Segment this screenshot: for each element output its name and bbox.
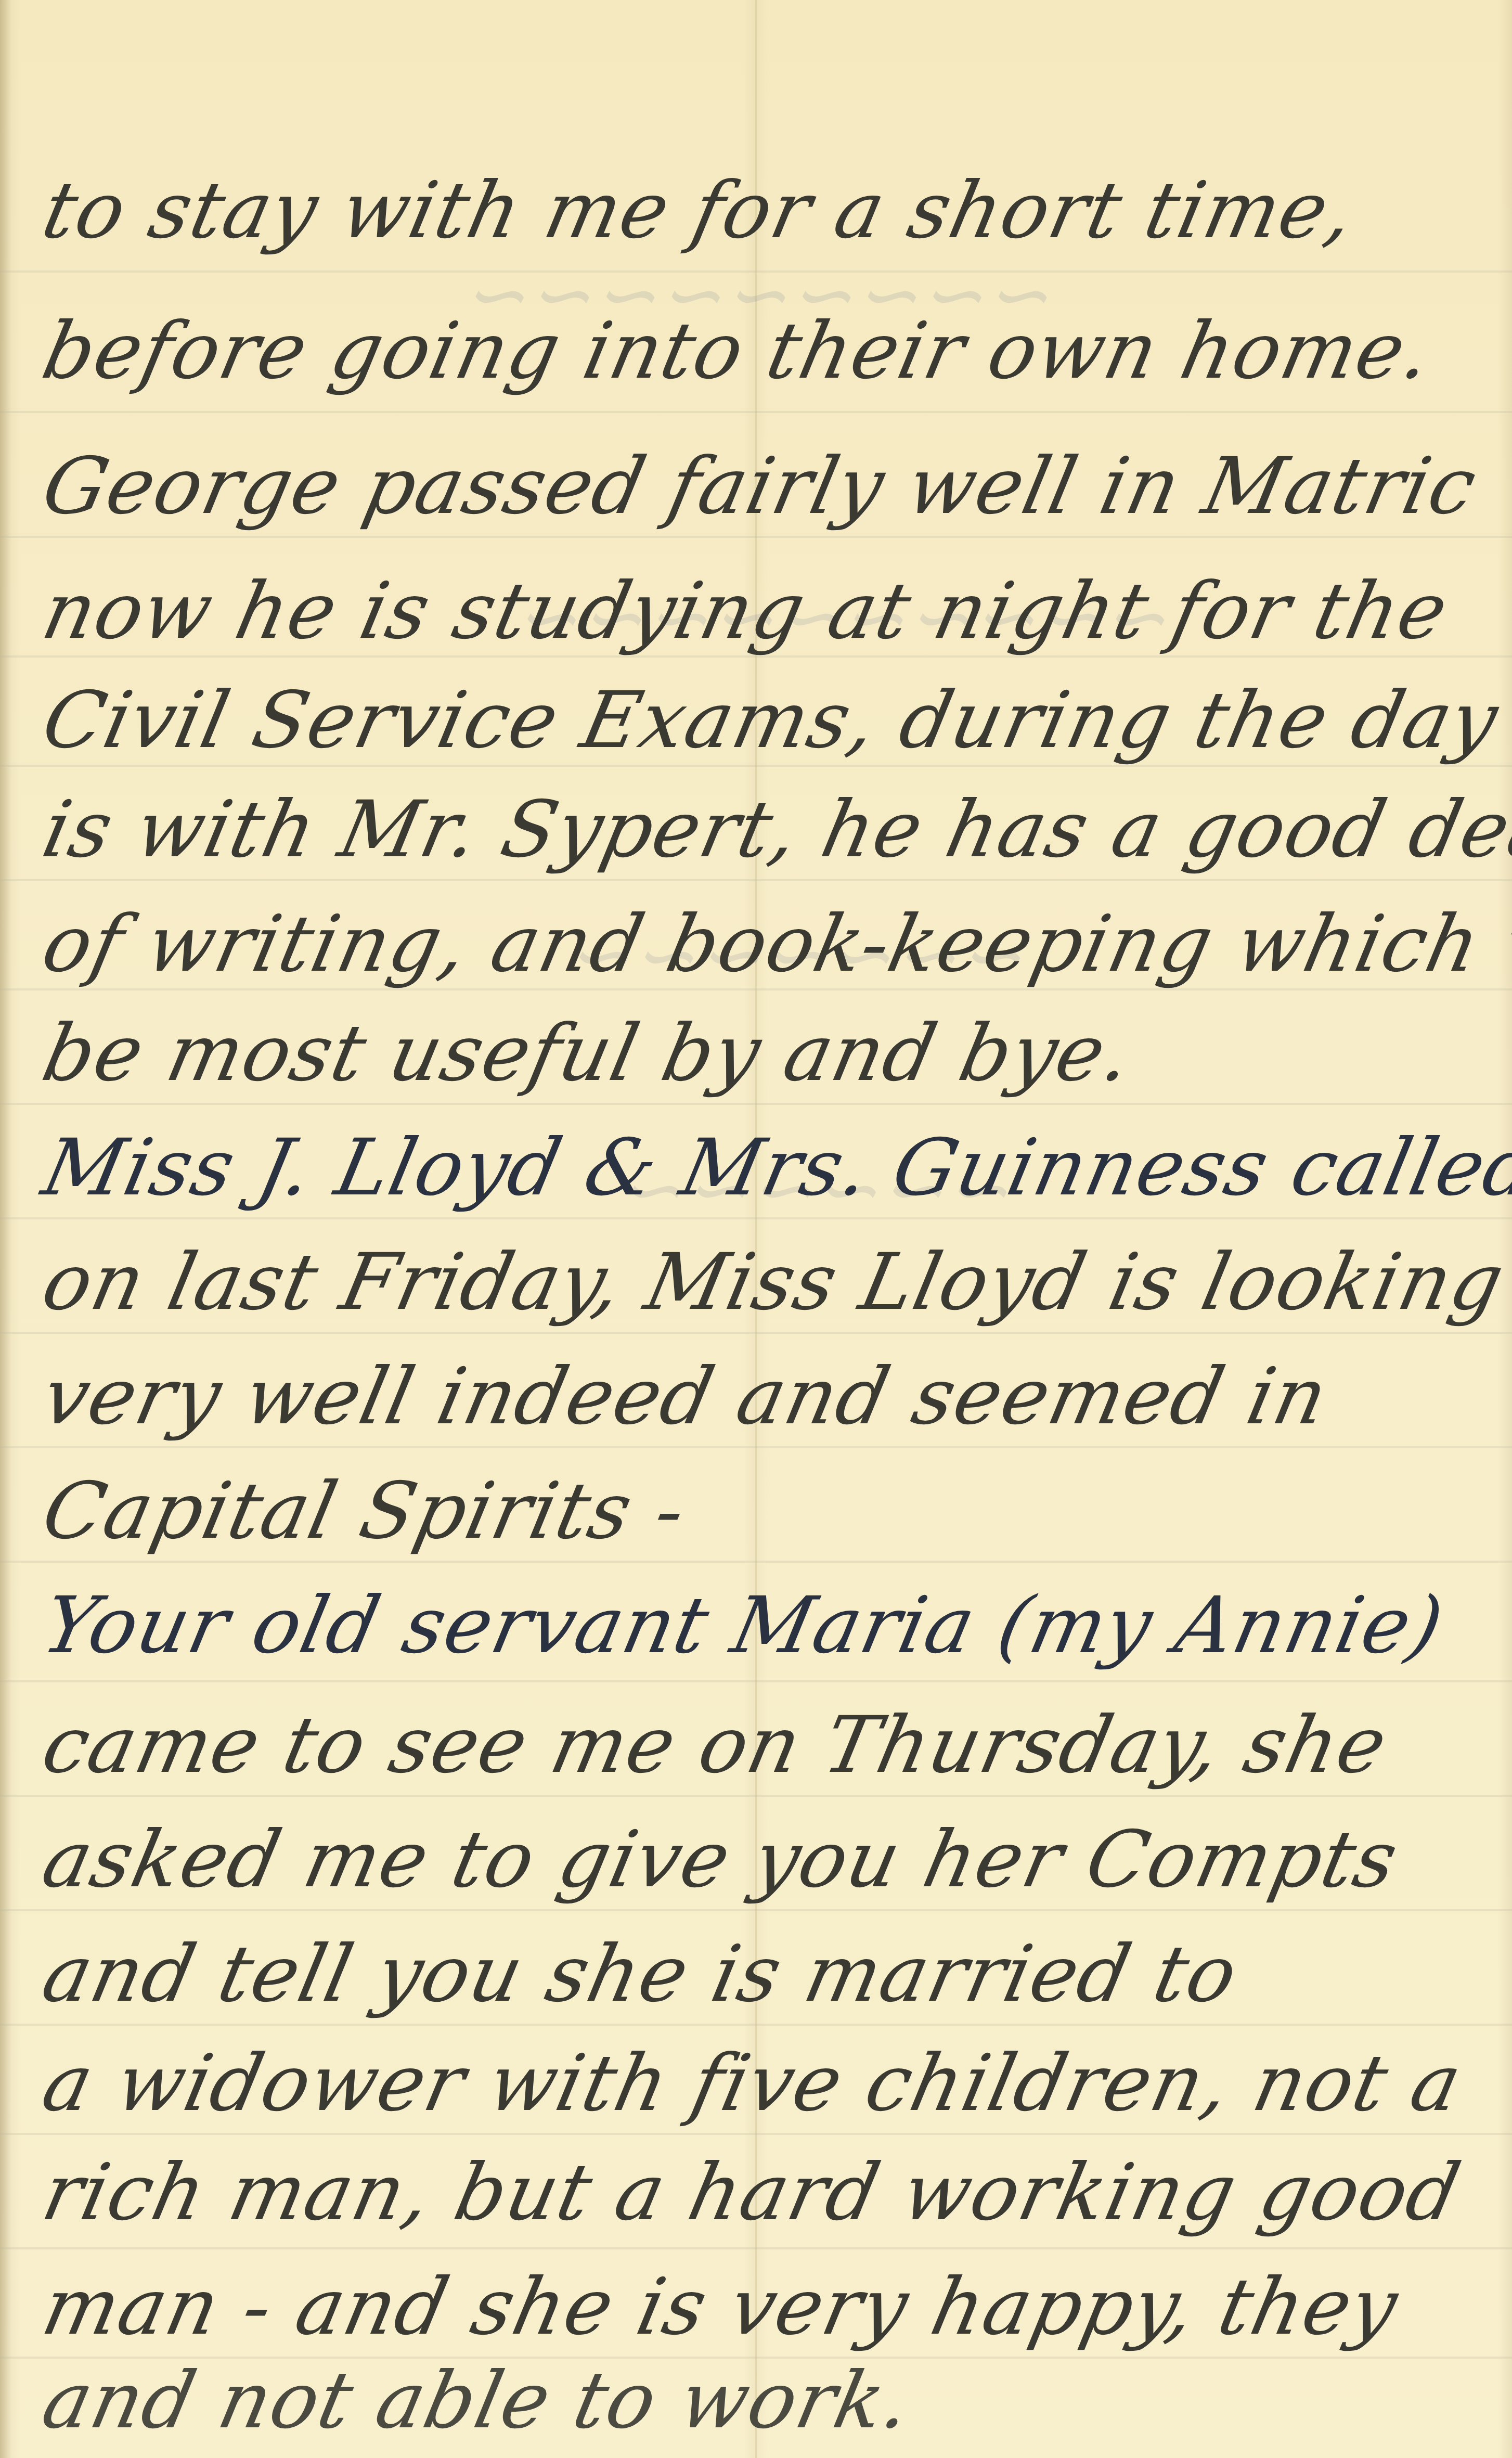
ruled-line <box>0 1680 1512 1682</box>
paper-edge <box>0 0 11 2458</box>
ruled-line <box>0 1909 1512 1911</box>
ruled-line <box>0 1446 1512 1448</box>
handwritten-line: and tell you she is married to <box>36 1935 1244 2013</box>
handwritten-line: a widower with five children, not a <box>36 2044 1468 2122</box>
handwritten-line: Miss J. Lloyd & Mrs. Guinness called <box>36 1129 1512 1207</box>
handwritten-line: George passed fairly well in Matric <box>36 447 1483 525</box>
ruled-line <box>0 536 1512 538</box>
handwritten-line: be most useful by and bye. <box>36 1014 1139 1092</box>
handwritten-line: rich man, but a hard working good <box>36 2154 1467 2232</box>
ruled-line <box>0 2133 1512 2135</box>
ruled-line <box>0 271 1512 273</box>
ruled-line <box>0 879 1512 881</box>
handwritten-line: Civil Service Exams, during the day he <box>36 681 1512 760</box>
handwritten-line: asked me to give you her Compts <box>36 1821 1404 1899</box>
letter-page: ~~~~~~~~~ ~~~~~~~~~~ ~~~~~~~ ~~~~~~ to s… <box>0 0 1512 2458</box>
handwritten-line: very well indeed and seemed in <box>36 1358 1335 1436</box>
handwritten-line: man - and she is very happy, they <box>36 2268 1405 2346</box>
handwritten-line: of writing, and book-keeping which will <box>36 905 1512 983</box>
handwritten-line: Your old servant Maria (my Annie) <box>36 1587 1450 1665</box>
handwritten-line: to stay with me for a short time, <box>36 172 1362 250</box>
ruled-line <box>0 1103 1512 1105</box>
handwritten-line: before going into their own home. <box>36 312 1439 390</box>
handwritten-line: and not able to work. <box>36 2362 919 2440</box>
ruled-line <box>0 1217 1512 1219</box>
ruled-line <box>0 2024 1512 2026</box>
ruled-line <box>0 1795 1512 1797</box>
handwritten-line: came to see me on Thursday, she <box>36 1706 1394 1784</box>
ruled-line <box>0 1332 1512 1334</box>
ruled-line <box>0 1561 1512 1563</box>
ruled-line <box>0 411 1512 413</box>
handwritten-line: now he is studying at night for the <box>36 572 1455 650</box>
handwritten-line: Capital Spirits - <box>36 1472 692 1550</box>
handwritten-line: is with Mr. Sypert, he has a good deal <box>36 791 1512 869</box>
ruled-line <box>0 2247 1512 2249</box>
handwritten-line: on last Friday, Miss Lloyd is looking <box>36 1243 1510 1321</box>
